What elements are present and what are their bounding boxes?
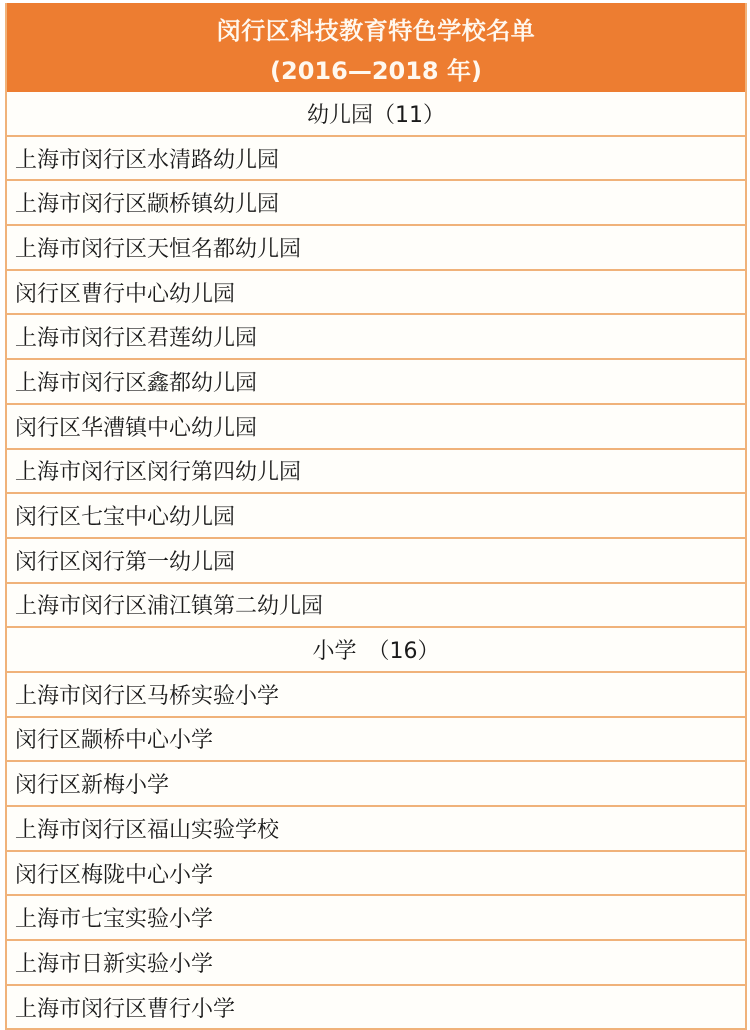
table-row: 闵行区新梅小学	[7, 762, 745, 807]
table-row: 闵行区梅陇中心小学	[7, 852, 745, 897]
table-row: 上海市闵行区浦江镇第二幼儿园	[7, 584, 745, 629]
school-list-table: 闵行区科技教育特色学校名单 (2016—2018 年) 幼儿园（11） 上海市闵…	[5, 3, 747, 1025]
table-row: 上海市闵行区马桥实验小学	[7, 673, 745, 718]
table-row: 上海市闵行区颛桥镇幼儿园	[7, 181, 745, 226]
table-row: 上海市闵行区天恒名都幼儿园	[7, 226, 745, 271]
table-row: 闵行区颛桥中心小学	[7, 718, 745, 763]
table-row: 上海市七宝实验小学	[7, 896, 745, 941]
table-row: 上海市闵行区君莲幼儿园	[7, 315, 745, 360]
section-header-primary: 小学 （16）	[7, 628, 745, 673]
table-row: 闵行区华漕镇中心幼儿园	[7, 405, 745, 450]
page-subtitle: (2016—2018 年)	[7, 53, 745, 89]
table-row: 上海市闵行区曹行小学	[7, 986, 745, 1025]
table-row: 闵行区曹行中心幼儿园	[7, 271, 745, 316]
table-row: 上海市日新实验小学	[7, 941, 745, 986]
table-header: 闵行区科技教育特色学校名单 (2016—2018 年)	[7, 3, 745, 92]
page-title: 闵行区科技教育特色学校名单	[7, 13, 745, 49]
table-row: 闵行区七宝中心幼儿园	[7, 494, 745, 539]
table-row: 闵行区闵行第一幼儿园	[7, 539, 745, 584]
table-row: 上海市闵行区闵行第四幼儿园	[7, 450, 745, 495]
table-row: 上海市闵行区鑫都幼儿园	[7, 360, 745, 405]
table-row: 上海市闵行区福山实验学校	[7, 807, 745, 852]
table-row: 上海市闵行区水清路幼儿园	[7, 137, 745, 182]
section-header-kindergarten: 幼儿园（11）	[7, 92, 745, 137]
